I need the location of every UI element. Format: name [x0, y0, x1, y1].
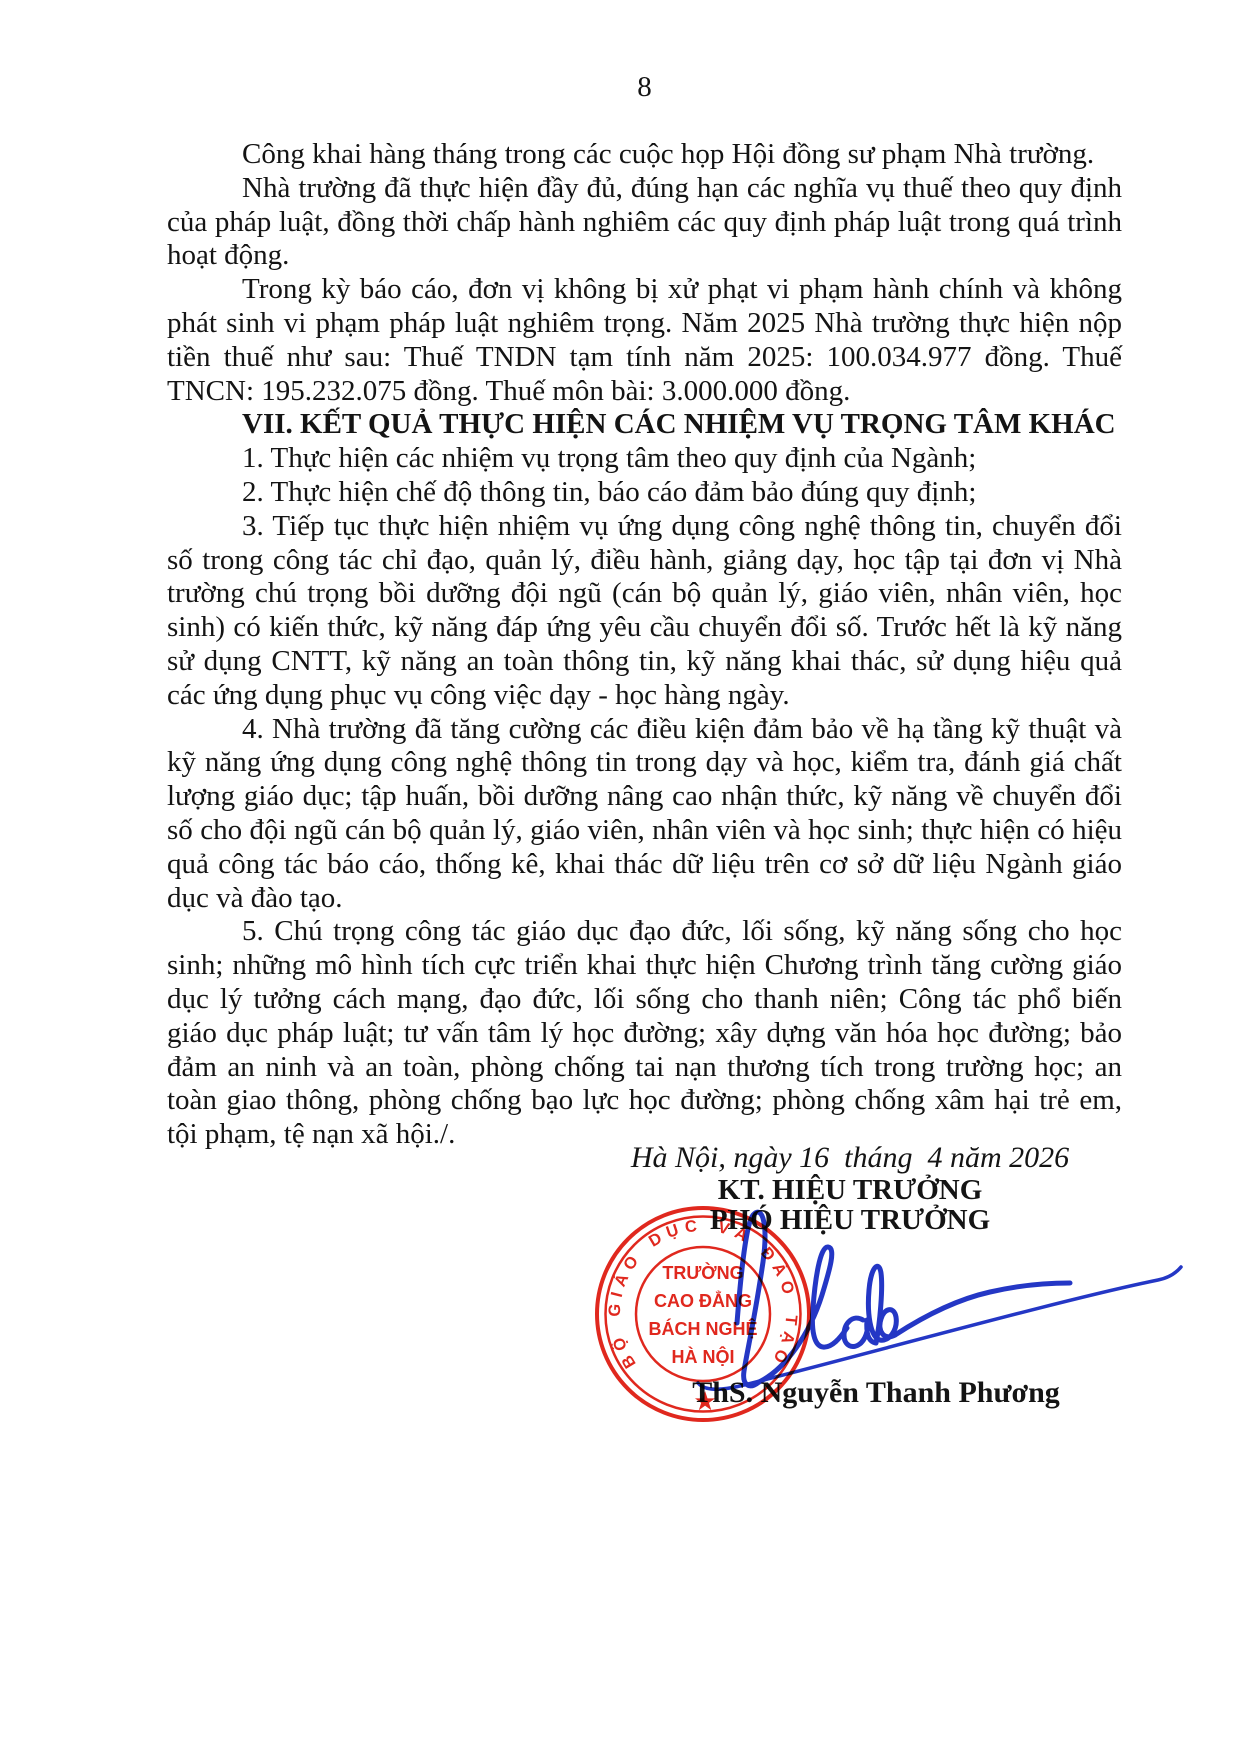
- paragraph: 4. Nhà trường đã tăng cường các điều kiệ…: [167, 713, 1122, 916]
- page-number: 8: [167, 72, 1122, 102]
- paragraph: Nhà trường đã thực hiện đầy đủ, đúng hạn…: [167, 172, 1122, 273]
- paragraph: 2. Thực hiện chế độ thông tin, báo cáo đ…: [167, 476, 1122, 510]
- paragraph: 3. Tiếp tục thực hiện nhiệm vụ ứng dụng …: [167, 510, 1122, 713]
- signature-stroke: [737, 1212, 765, 1386]
- document-body: Công khai hàng tháng trong các cuộc họp …: [167, 138, 1122, 1152]
- paragraph: Công khai hàng tháng trong các cuộc họp …: [167, 138, 1122, 172]
- signature-date-line: Hà Nội, ngày 16 tháng 4 năm 2026: [550, 1141, 1150, 1175]
- signature-flourish: [895, 1283, 1070, 1335]
- document-page: 8 Công khai hàng tháng trong các cuộc họ…: [0, 0, 1241, 1755]
- section-heading: VII. KẾT QUẢ THỰC HIỆN CÁC NHIỆM VỤ TRỌN…: [167, 408, 1122, 442]
- handwritten-signature: [640, 1200, 1220, 1430]
- signature-underline: [698, 1267, 1181, 1389]
- paragraph: 5. Chú trọng công tác giáo dục đạo đức, …: [167, 915, 1122, 1152]
- paragraph: Trong kỳ báo cáo, đơn vị không bị xử phạ…: [167, 273, 1122, 408]
- paragraph: 1. Thực hiện các nhiệm vụ trọng tâm theo…: [167, 442, 1122, 476]
